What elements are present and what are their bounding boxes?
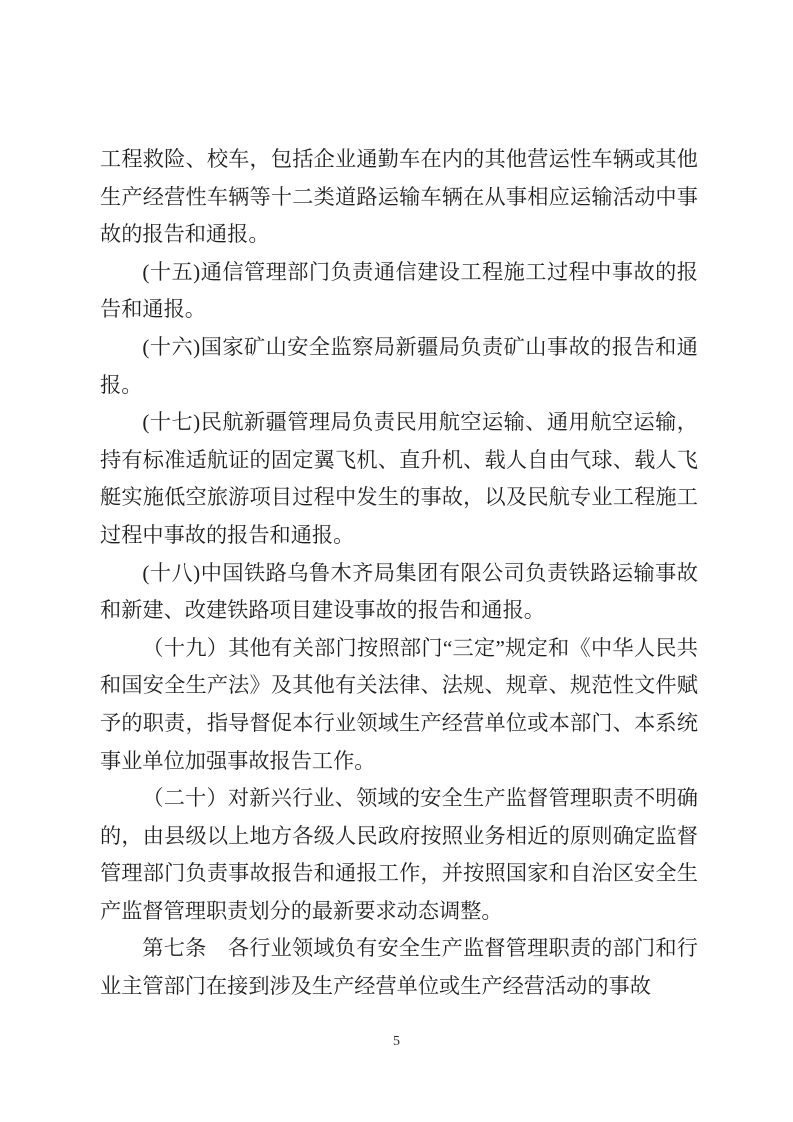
- text-block: 工程救险、校车，包括企业通勤车在内的其他营运性车辆或其他生产经营性车辆等十二类道…: [100, 141, 698, 1006]
- body-paragraph: （十九）其他有关部门按照部门“三定”规定和《中华人民共和国安全生产法》及其他有关…: [100, 630, 698, 780]
- body-paragraph: 第七条 各行业领域负有安全生产监督管理职责的部门和行业主管部门在接到涉及生产经营…: [100, 930, 698, 1005]
- body-paragraph: (十七)民航新疆管理局负责民用航空运输、通用航空运输，持有标准适航证的固定翼飞机…: [100, 404, 698, 554]
- body-paragraph: (十五)通信管理部门负责通信建设工程施工过程中事故的报告和通报。: [100, 254, 698, 329]
- body-paragraph: (十六)国家矿山安全监察局新疆局负责矿山事故的报告和通报。: [100, 329, 698, 404]
- body-paragraph: （二十）对新兴行业、领域的安全生产监督管理职责不明确的，由县级以上地方各级人民政…: [100, 780, 698, 930]
- body-paragraph: (十八)中国铁路乌鲁木齐局集团有限公司负责铁路运输事故和新建、改建铁路项目建设事…: [100, 555, 698, 630]
- page-number: 5: [0, 1034, 793, 1050]
- document-page: 工程救险、校车，包括企业通勤车在内的其他营运性车辆或其他生产经营性车辆等十二类道…: [0, 0, 793, 1122]
- body-paragraph: 工程救险、校车，包括企业通勤车在内的其他营运性车辆或其他生产经营性车辆等十二类道…: [100, 141, 698, 254]
